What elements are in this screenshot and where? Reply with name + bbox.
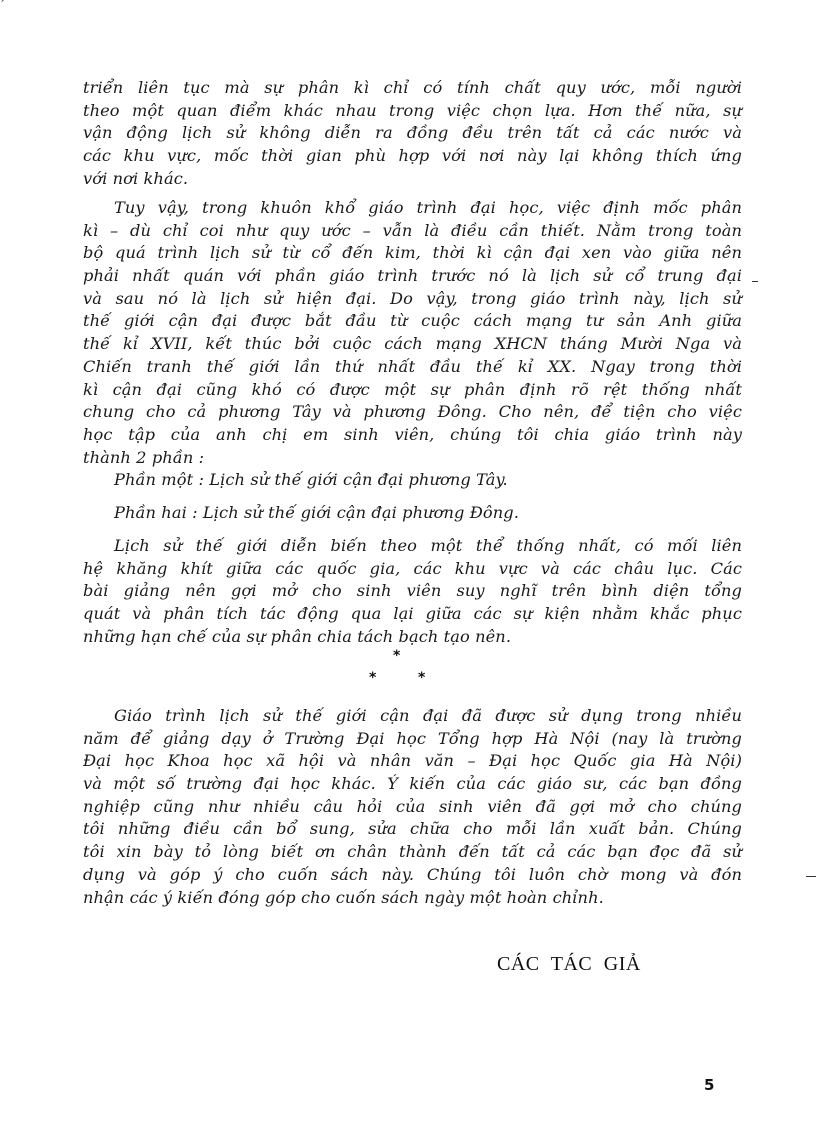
asterisk-icon: * [418,670,425,686]
text-line: chung cho cả phương Tây và phương Đông. … [83,401,742,424]
text-line: phải nhất quán với phần giáo trình trước… [83,265,742,288]
text-line: kì cận đại cũng khó có được một sự phân … [83,379,742,402]
scan-margin-mark [752,281,758,282]
text-line: với nơi khác. [83,168,742,191]
asterisk-icon: * [393,648,400,664]
text-line: bộ quá trình lịch sử từ cổ đến kim, thời… [83,242,742,265]
text-line: năm để giảng dạy ở Trường Đại học Tổng h… [83,728,742,751]
part-one-heading: Phần một : Lịch sử thế giới cận đại phươ… [83,469,742,492]
text-line: thành 2 phần : [83,447,742,470]
text-line: theo một quan điểm khác nhau trong việc … [83,100,742,123]
text-line: Chiến tranh thế giới lần thứ nhất đầu th… [83,356,742,379]
text-line: Đại học Khoa học xã hội và nhân văn – Đạ… [83,750,742,773]
scan-margin-mark [806,876,816,877]
authors-signature: CÁC TÁC GIẢ [497,953,641,976]
text-line: vận động lịch sử không diễn ra đồng đều … [83,122,742,145]
text-line: nhận các ý kiến đóng góp cho cuốn sách n… [83,887,742,910]
text-line: dụng và góp ý cho cuốn sách này. Chúng t… [83,864,742,887]
text-line: hệ khăng khít giữa các quốc gia, các khu… [83,558,742,581]
paragraph-unified-history: Lịch sử thế giới diễn biến theo một thể … [83,535,742,648]
text-line: và sau nó là lịch sử hiện đại. Do vậy, t… [83,288,742,311]
corner-stamp: 18.8 [0,0,21,5]
text-line: và một số trường đại học khác. Ý kiến củ… [83,773,742,796]
text-line: Giáo trình lịch sử thế giới cận đại đã đ… [83,705,742,728]
text-line: triển liên tục mà sự phân kì chỉ có tính… [83,77,742,100]
text-line: nghiệp cũng như nhiều câu hỏi của sinh v… [83,796,742,819]
part-one-text: Phần một : Lịch sử thế giới cận đại phươ… [83,469,742,492]
part-two-heading: Phần hai : Lịch sử thế giới cận đại phươ… [83,502,742,525]
text-line: kì – dù chỉ coi như quy ước – vẫn là điề… [83,220,742,243]
text-line: Lịch sử thế giới diễn biến theo một thể … [83,535,742,558]
text-line: các khu vực, mốc thời gian phù hợp với n… [83,145,742,168]
text-line: tôi xin bày tỏ lòng biết ơn chân thành đ… [83,841,742,864]
page-number: 5 [704,1076,714,1094]
text-line: tôi những điều cần bổ sung, sửa chữa cho… [83,818,742,841]
text-line: Tuy vậy, trong khuôn khổ giáo trình đại … [83,197,742,220]
paragraph-acknowledgements: Giáo trình lịch sử thế giới cận đại đã đ… [83,705,742,909]
paragraph-periodization-convention: triển liên tục mà sự phân kì chỉ có tính… [83,77,742,190]
text-line: bài giảng nên gợi mở cho sinh viên suy n… [83,580,742,603]
document-page: 18.8 triển liên tục mà sự phân kì chỉ có… [0,0,816,1123]
asterisk-icon: * [369,670,376,686]
part-two-text: Phần hai : Lịch sử thế giới cận đại phươ… [83,502,742,525]
text-line: những hạn chế của sự phân chia tách bạch… [83,626,742,649]
text-line: thế kỉ XVII, kết thúc bởi cuộc cách mạng… [83,333,742,356]
paragraph-periodization-scope: Tuy vậy, trong khuôn khổ giáo trình đại … [83,197,742,469]
text-line: quát và phân tích tác động qua lại giữa … [83,603,742,626]
text-line: học tập của anh chị em sinh viên, chúng … [83,424,742,447]
text-line: thế giới cận đại được bắt đầu từ cuộc cá… [83,310,742,333]
